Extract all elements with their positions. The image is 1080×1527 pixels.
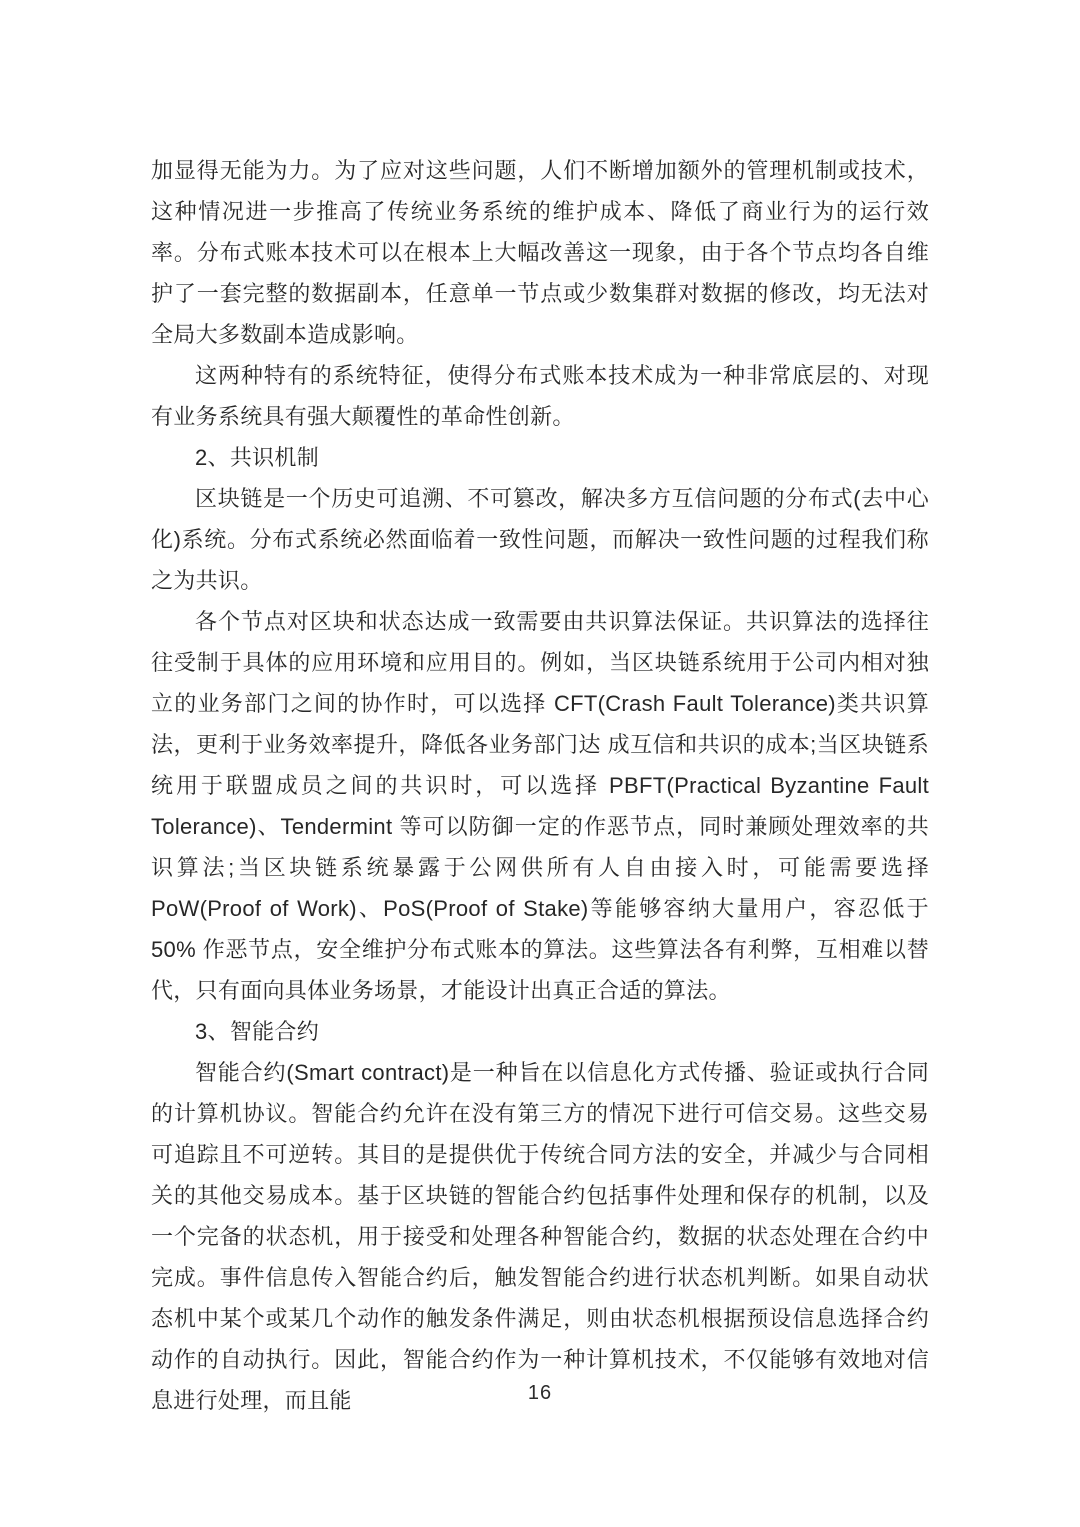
heading-consensus-mechanism: 2、共识机制 bbox=[151, 437, 929, 478]
page-body-text: 加显得无能为力。为了应对这些问题，人们不断增加额外的管理机制或技术，这种情况进一… bbox=[151, 150, 929, 1421]
paragraph-ledger-continuation: 加显得无能为力。为了应对这些问题，人们不断增加额外的管理机制或技术，这种情况进一… bbox=[151, 150, 929, 355]
paragraph-smart-contract-definition: 智能合约(Smart contract)是一种旨在以信息化方式传播、验证或执行合… bbox=[151, 1052, 929, 1421]
page-number: 16 bbox=[528, 1381, 552, 1405]
page-footer: 16 bbox=[0, 1381, 1080, 1405]
paragraph-consensus-algorithms: 各个节点对区块和状态达成一致需要由共识算法保证。共识算法的选择往往受制于具体的应… bbox=[151, 601, 929, 1011]
paragraph-revolutionary-innovation: 这两种特有的系统特征，使得分布式账本技术成为一种非常底层的、对现有业务系统具有强… bbox=[151, 355, 929, 437]
paragraph-blockchain-consistency: 区块链是一个历史可追溯、不可篡改，解决多方互信问题的分布式(去中心化)系统。分布… bbox=[151, 478, 929, 601]
heading-smart-contract: 3、智能合约 bbox=[151, 1011, 929, 1052]
document-page: 加显得无能为力。为了应对这些问题，人们不断增加额外的管理机制或技术，这种情况进一… bbox=[0, 0, 1080, 1527]
